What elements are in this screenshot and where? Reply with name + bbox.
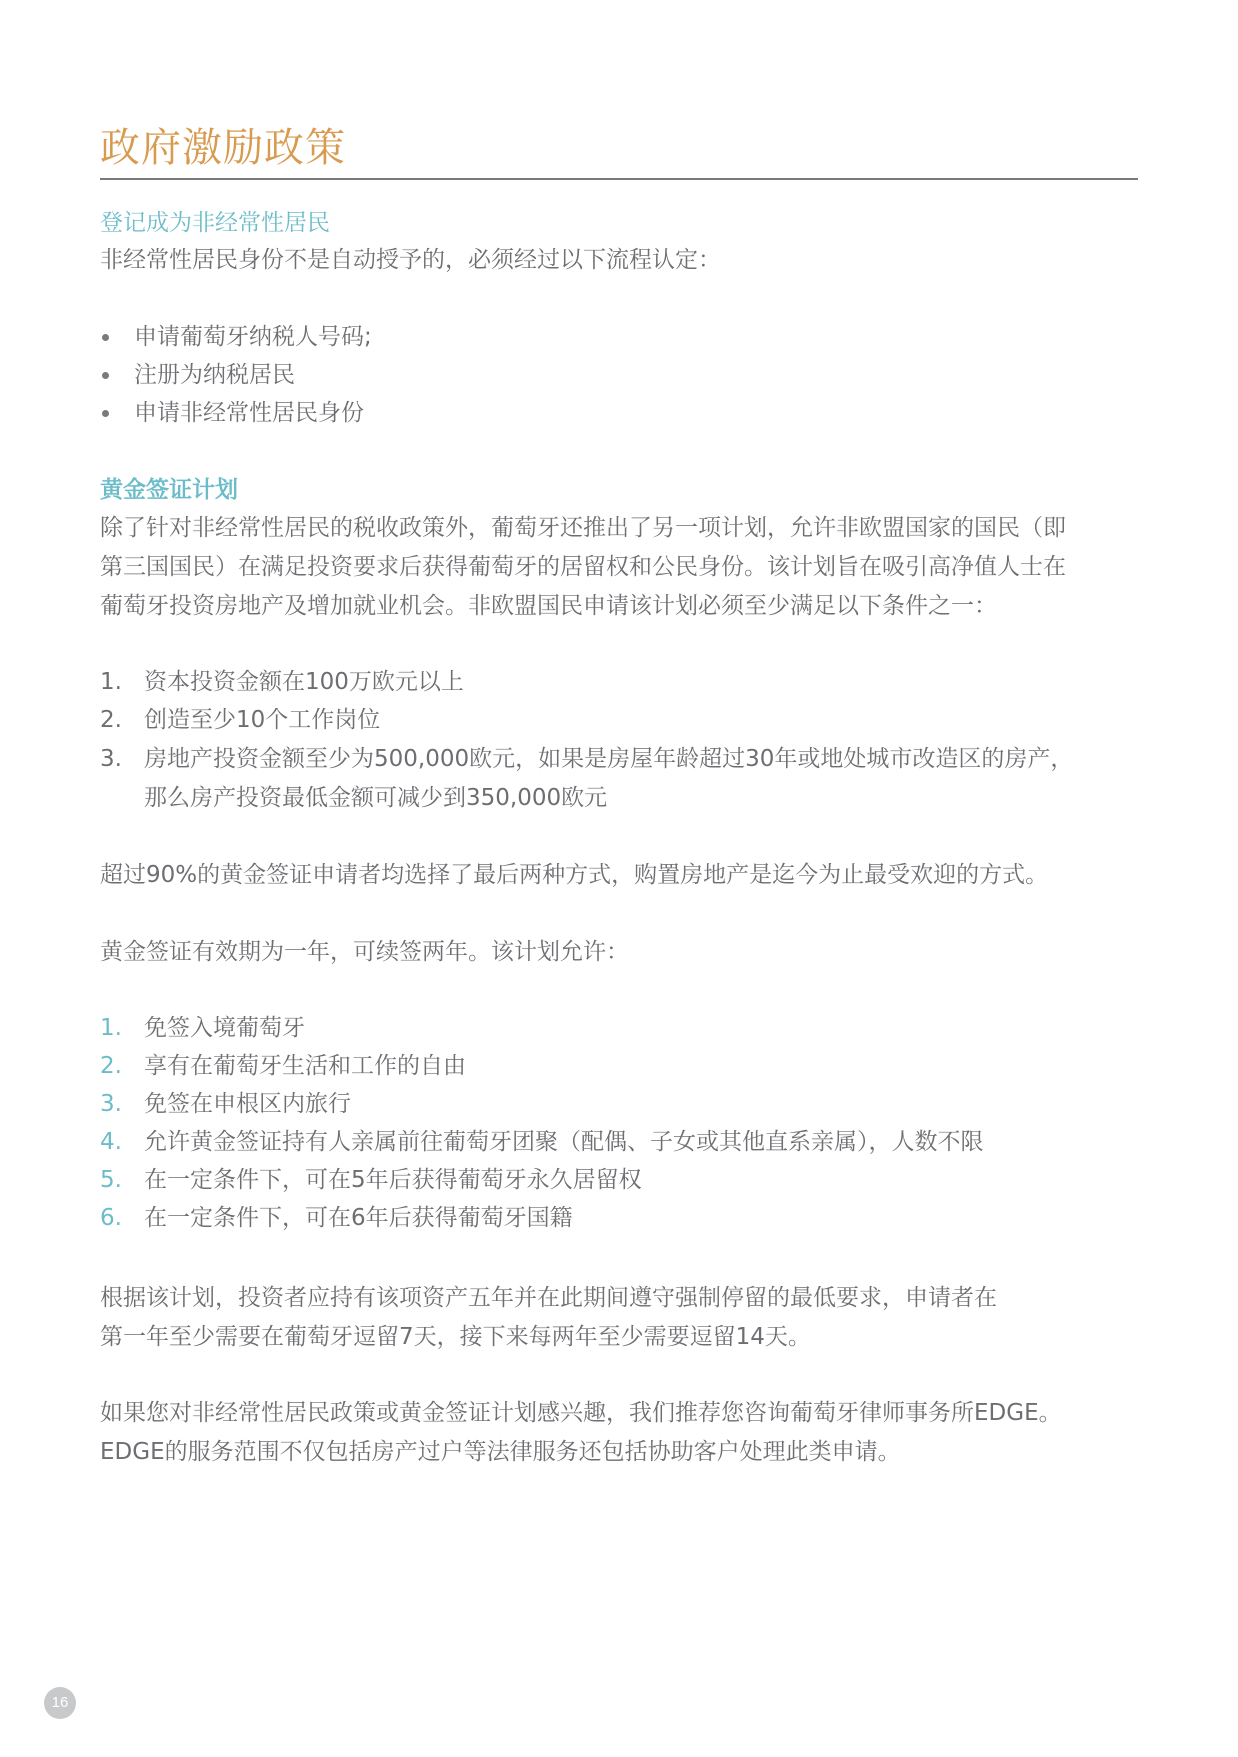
nhr-heading: 登记成为非经常性居民 [100,207,330,239]
paragraph-line: 葡萄牙投资房地产及增加就业机会。非欧盟国民申请该计划必须至少满足以下条件之一： [100,590,997,622]
list-item: 在一定条件下，可在5年后获得葡萄牙永久居留权 [144,1164,642,1196]
page-number-badge: 16 [44,1687,76,1719]
paragraph-line: 根据该计划，投资者应持有该项资产五年并在此期间遵守强制停留的最低要求，申请者在 [100,1282,997,1314]
list-number: 1. [100,666,122,698]
bullet-icon [102,410,109,417]
list-item: 申请葡萄牙纳税人号码; [134,321,372,353]
validity-paragraph: 黄金签证有效期为一年，可续签两年。该计划允许： [100,936,629,968]
list-number: 2. [100,704,122,736]
list-number: 3. [100,743,122,775]
list-item: 免签在申根区内旅行 [144,1088,351,1120]
list-number: 2. [100,1050,122,1082]
paragraph-line: EDGE的服务范围不仅包括房产过户等法律服务还包括协助客户处理此类申请。 [100,1436,901,1468]
bullet-icon [102,334,109,341]
list-item: 资本投资金额在100万欧元以上 [144,666,464,698]
paragraph-line: 第一年至少需要在葡萄牙逗留7天，接下来每两年至少需要逗留14天。 [100,1321,811,1353]
list-number: 6. [100,1202,122,1234]
list-item: 房地产投资金额至少为500,000欧元，如果是房屋年龄超过30年或地处城市改造区… [144,743,1073,775]
list-item: 免签入境葡萄牙 [144,1012,305,1044]
list-item: 享有在葡萄牙生活和工作的自由 [144,1050,466,1082]
list-number: 3. [100,1088,122,1120]
list-item: 允许黄金签证持有人亲属前往葡萄牙团聚（配偶、子女或其他直系亲属），人数不限 [144,1126,984,1158]
list-number: 4. [100,1126,122,1158]
list-number: 5. [100,1164,122,1196]
list-item: 注册为纳税居民 [134,359,295,391]
stat-paragraph: 超过90%的黄金签证申请者均选择了最后两种方式，购置房地产是迄今为止最受欢迎的方… [100,859,1048,891]
paragraph-line: 如果您对非经常性居民政策或黄金签证计划感兴趣，我们推荐您咨询葡萄牙律师事务所ED… [100,1397,1062,1429]
list-item: 创造至少10个工作岗位 [144,704,380,736]
golden-visa-heading: 黄金签证计划 [100,474,238,506]
list-item: 申请非经常性居民身份 [134,397,364,429]
paragraph-line: 第三国国民）在满足投资要求后获得葡萄牙的居留权和公民身份。该计划旨在吸引高净值人… [100,551,1066,583]
title-divider [100,178,1138,180]
list-item-continuation: 那么房产投资最低金额可减少到350,000欧元 [144,782,607,814]
list-item: 在一定条件下，可在6年后获得葡萄牙国籍 [144,1202,573,1234]
nhr-intro: 非经常性居民身份不是自动授予的，必须经过以下流程认定： [100,244,721,276]
list-number: 1. [100,1012,122,1044]
paragraph-line: 除了针对非经常性居民的税收政策外，葡萄牙还推出了另一项计划，允许非欧盟国家的国民… [100,512,1066,544]
page-title: 政府激励政策 [100,122,346,174]
bullet-icon [102,372,109,379]
